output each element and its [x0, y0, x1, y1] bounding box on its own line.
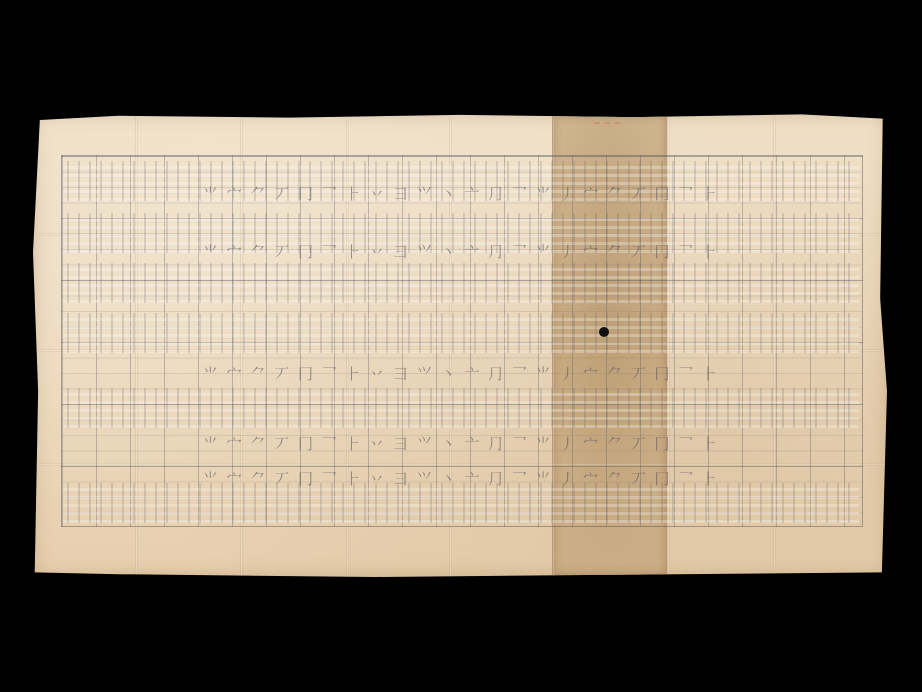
catalogue-annotation: ~ ~ ~ [593, 119, 621, 129]
ink-spot [599, 327, 609, 337]
script-glyph-row: ⺌ 宀 ⺈ 丆 ⼌ 乛 ⺊ 丷 彐 ⺍ 丶 ⼇ ⺆ 乛 ⺌ 丿 宀 ⺈ 丆 ⼌ … [63, 241, 859, 262]
script-glyph-row: ⺌ 宀 ⺈ 丆 ⼌ 乛 ⺊ 丷 彐 ⺍ 丶 ⼇ ⺆ 乛 ⺌ 丿 宀 ⺈ 丆 ⼌ … [63, 433, 859, 454]
script-text-block [63, 313, 859, 353]
script-text-block [63, 263, 859, 303]
manuscript-sheet: ⺌ 宀 ⺈ 丆 ⼌ 乛 ⺊ 丷 彐 ⺍ 丶 ⼇ ⺆ 乛 ⺌ 丿 宀 ⺈ 丆 ⼌ … [33, 113, 887, 577]
script-text-block [63, 388, 859, 428]
script-text-block [63, 483, 859, 523]
script-glyph-row: ⺌ 宀 ⺈ 丆 ⼌ 乛 ⺊ 丷 彐 ⺍ 丶 ⼇ ⺆ 乛 ⺌ 丿 宀 ⺈ 丆 ⼌ … [63, 183, 859, 204]
script-glyph-row: ⺌ 宀 ⺈ 丆 ⼌ 乛 ⺊ 丷 彐 ⺍ 丶 ⼇ ⺆ 乛 ⺌ 丿 宀 ⺈ 丆 ⼌ … [63, 363, 859, 384]
